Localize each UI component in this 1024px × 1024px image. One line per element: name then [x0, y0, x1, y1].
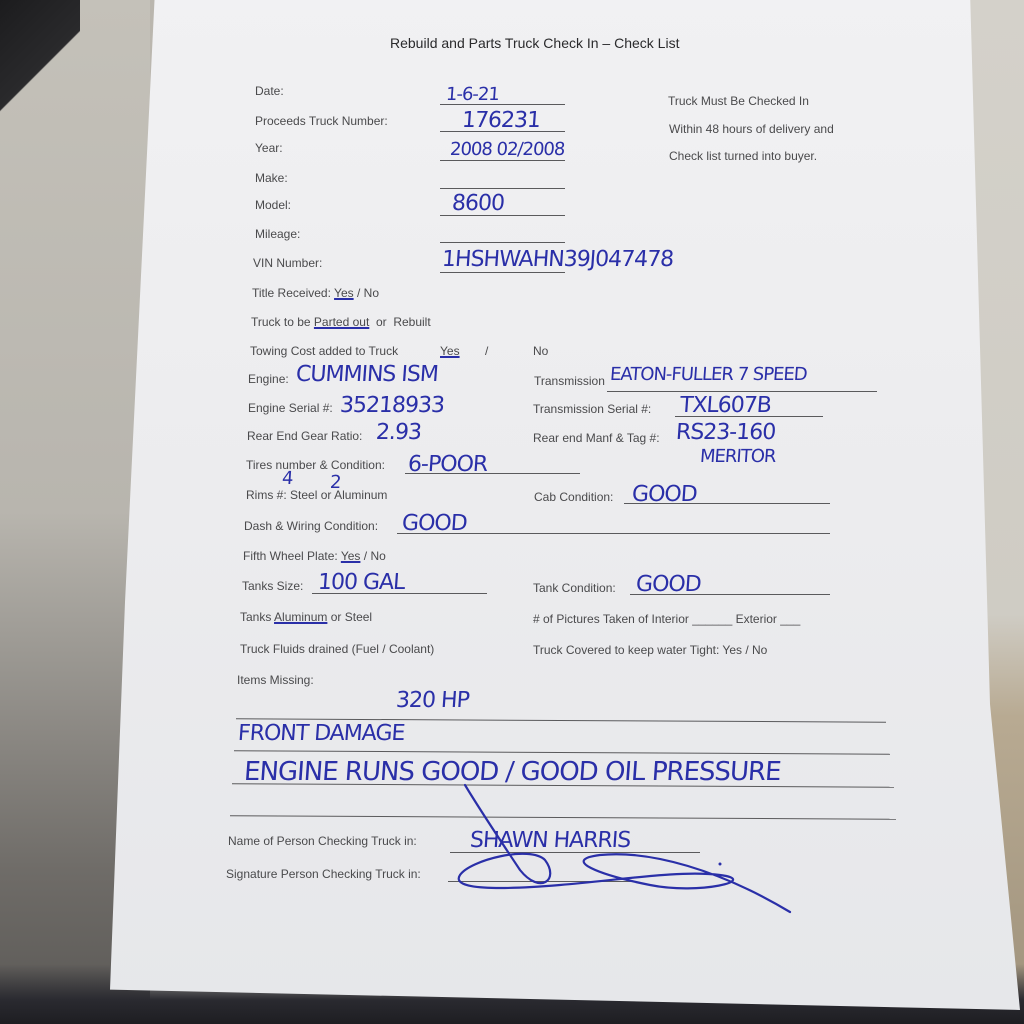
check-list-form: Rebuild and Parts Truck Check In – Check… — [0, 0, 1024, 1024]
signature-scribble[interactable] — [0, 0, 1024, 1024]
